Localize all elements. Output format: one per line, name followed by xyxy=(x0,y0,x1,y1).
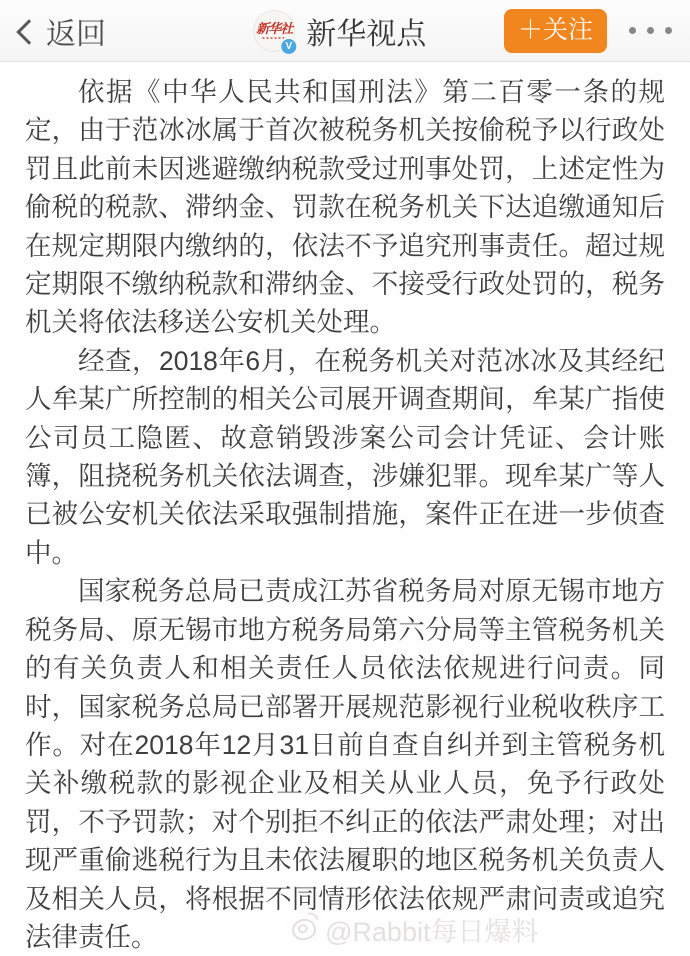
back-label: 返回 xyxy=(46,9,106,53)
article-body: 依据《中华人民共和国刑法》第二百零一条的规定，由于范冰冰属于首次被税务机关按偷税… xyxy=(0,62,690,956)
account-name: 新华视点 xyxy=(306,9,426,53)
article-paragraph: 国家税务总局已责成江苏省税务局对原无锡市地方税务局、原无锡市地方税务局第六分局等… xyxy=(25,572,665,956)
dot-icon xyxy=(665,27,672,34)
chevron-left-icon xyxy=(16,19,41,44)
follow-button[interactable]: ＋关注 xyxy=(504,9,607,53)
navigation-bar: 返回 新华社 V 新华视点 ＋关注 xyxy=(0,0,690,62)
weibo-article-page: 返回 新华社 V 新华视点 ＋关注 依据《中华人民共和国刑法》第二百零一条的规定… xyxy=(0,0,690,956)
account-header[interactable]: 新华社 V 新华视点 xyxy=(253,9,426,53)
article-paragraph: 依据《中华人民共和国刑法》第二百零一条的规定，由于范冰冰属于首次被税务机关按偷税… xyxy=(25,73,665,342)
account-avatar: 新华社 V xyxy=(253,10,295,52)
dot-icon xyxy=(647,27,654,34)
dot-icon xyxy=(629,27,636,34)
verified-badge-icon: V xyxy=(279,37,298,56)
article-paragraph: 经查，2018年6月，在税务机关对范冰冰及其经纪人牟某广所控制的相关公司展开调查… xyxy=(25,342,665,572)
navbar-actions: ＋关注 xyxy=(504,9,674,53)
back-button[interactable]: 返回 xyxy=(20,9,106,53)
xinhua-logo-text: 新华社 xyxy=(256,22,292,35)
more-options-button[interactable] xyxy=(627,21,674,40)
